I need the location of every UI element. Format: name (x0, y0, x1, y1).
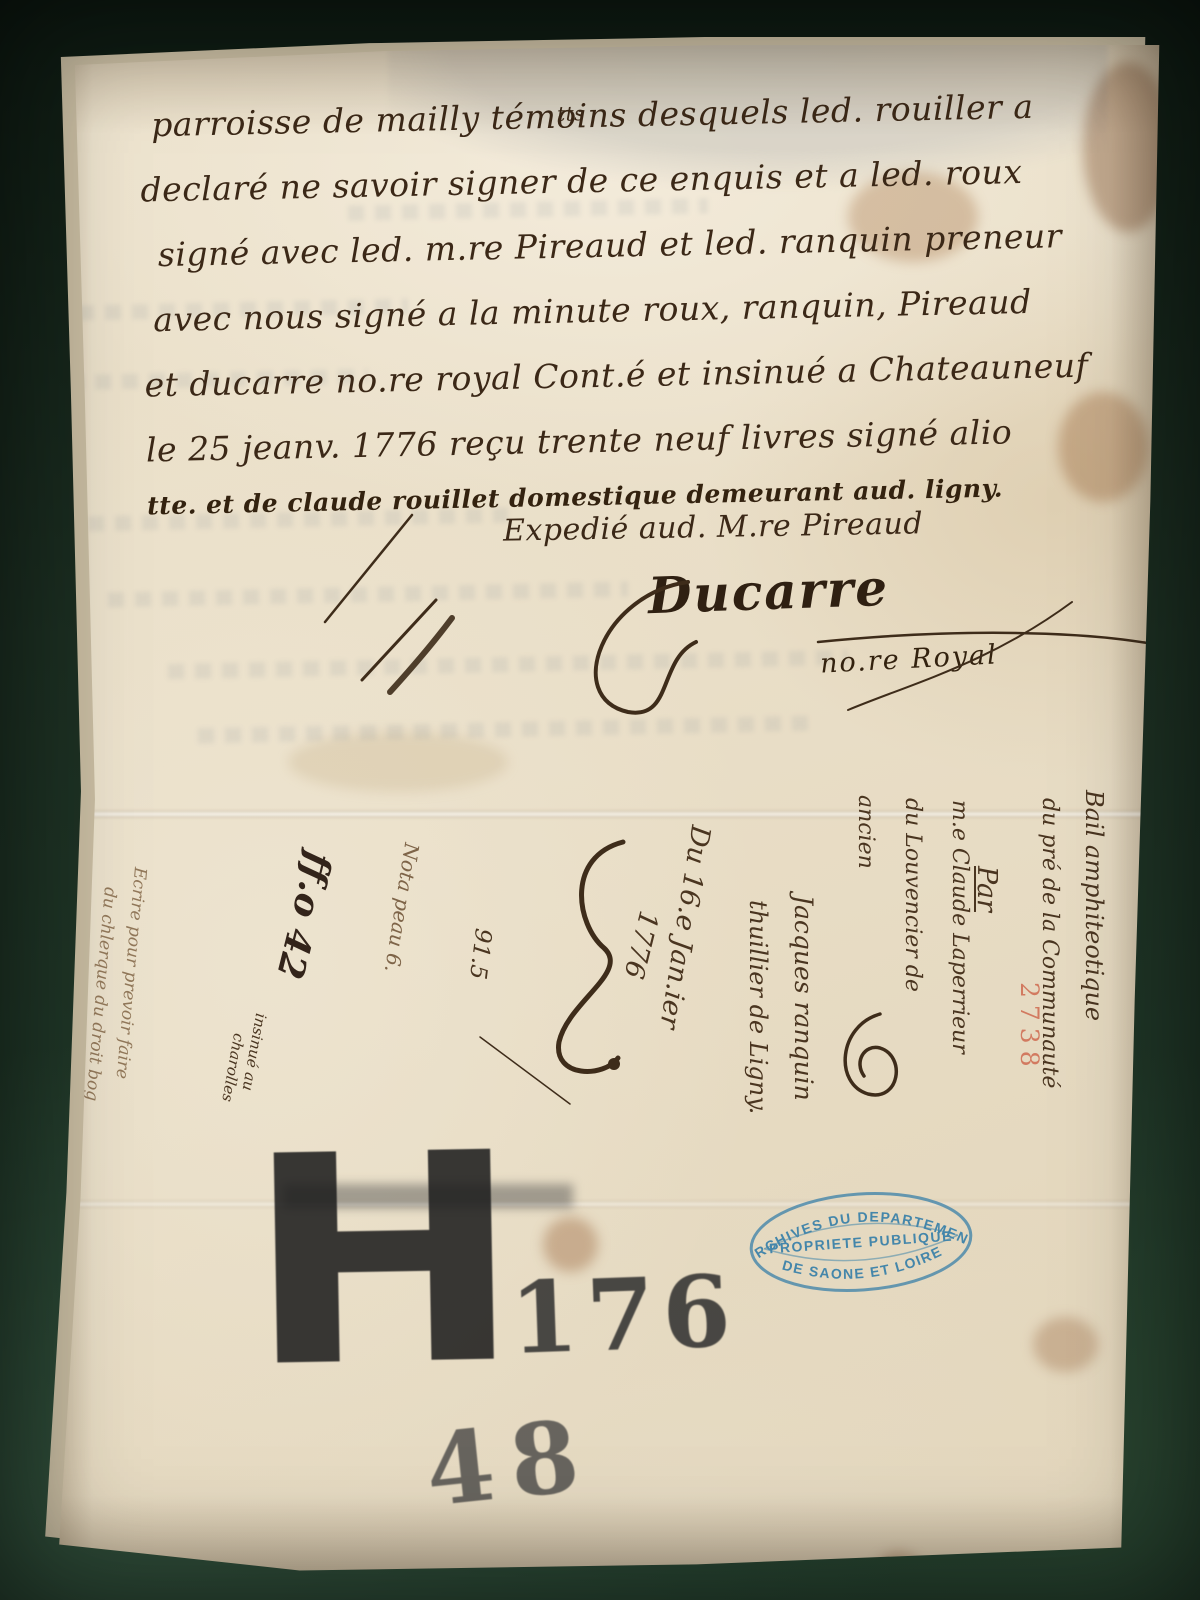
ink-bleedthrough (108, 582, 628, 608)
expedition-note: Expedié aud. M.re Pireaud (503, 506, 924, 548)
stain (288, 732, 508, 792)
insertion-caret-mark: tts (557, 101, 585, 126)
stencil-series-letter: H (243, 1129, 525, 1393)
docket-date: 1776 (617, 908, 664, 982)
docket-title: Bail amphiteotique (1080, 790, 1108, 1021)
horizontal-fold-crease (48, 1200, 1166, 1208)
docket-lessee-line: thuillier de Ligny. (744, 900, 772, 1114)
photograph-of-archival-document: tts parroisse de mailly témoins desquels… (0, 0, 1200, 1600)
docket-par-word: Par (971, 866, 1002, 912)
horizontal-fold-crease (48, 810, 1166, 818)
archives-oval-stamp: ARCHIVES DU DEPARTEMENT PROPRIETE PUBLIQ… (743, 1180, 980, 1304)
stencil-bottom-number: 48 (420, 1398, 599, 1530)
fee-annotation: 91.5 (464, 927, 496, 981)
stain (876, 1552, 921, 1587)
parchment-sheet: tts parroisse de mailly témoins desquels… (48, 42, 1166, 1572)
ink-bleedthrough (198, 716, 818, 744)
docket-lessee-line: Jacques ranquin (789, 895, 818, 1101)
docket-lessor-line: ancien (853, 795, 878, 869)
folio-annotation: ff.o 42 (268, 848, 340, 983)
docket-date: Du 16.e Jan.ier (653, 823, 716, 1031)
nota-annotation: Nota peau 6. (380, 841, 424, 974)
notary-title: no.re Royal (819, 639, 998, 679)
notary-signature: Ducarre (647, 558, 890, 625)
stencil-item-number: 176 (508, 1254, 740, 1377)
red-archival-number: 2738 (1015, 982, 1044, 1074)
docket-lessor-line: du Louvencier de (900, 798, 925, 992)
ink-bleedthrough (168, 650, 848, 679)
manuscript-body-text: tts parroisse de mailly témoins desquels… (139, 72, 1148, 531)
docket-lessor-line: m.e Claude Laperrieur (947, 800, 972, 1054)
stain (1033, 1317, 1098, 1372)
